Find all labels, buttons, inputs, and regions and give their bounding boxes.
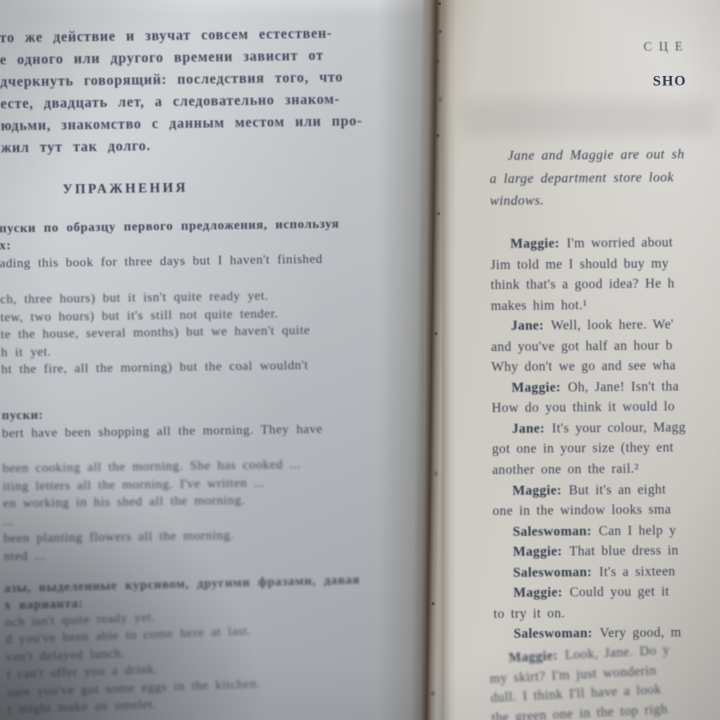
text-line: Saleswoman: It's a sixteen [493,561,687,583]
text-line: think that's a good idea? He h [491,273,685,295]
speaker-name: Maggie: [513,585,569,600]
text-line: Jane and Maggie are out sh [489,143,684,167]
text-line: makes him hot.¹ [491,294,685,316]
left-page: то же действие и звучат совсем естествен… [0,0,424,720]
text-line: Why don't we go and see wha [491,356,685,378]
dialogue-lines-bottom: Maggie: Look, Jane. Do ymy skirt? I'm ju… [488,640,673,720]
speaker-name: Maggie: [511,379,567,394]
right-page-text: СЦЕ SHO Jane and Maggie are out sha larg… [440,0,720,720]
speaker-name: Saleswoman: [513,523,599,539]
dialogue-title: SHO [653,73,687,90]
exercise1-items: ch, three hours) but it isn't quite read… [0,286,311,378]
text-line: to try it on. [493,602,687,624]
speaker-name: Maggie: [513,544,569,559]
exercise1-instruction: пуски по образцу первого предложения, ис… [0,216,340,255]
exercises-heading: УПРАЖНЕНИЯ [63,180,188,198]
text-line: Maggie: Oh, Jane! Isn't tha [491,376,685,398]
speaker-name: Saleswoman: [514,625,600,641]
text-line: another one on the rail.² [492,458,686,480]
speaker-name: Maggie: [508,647,565,665]
exercise2-items: been cooking all the morning. She has co… [2,455,302,565]
text-line: a large department store look [490,166,685,190]
text-line: жил тут так долго. [1,133,363,160]
speaker-name: Maggie: [510,235,566,250]
russian-paragraph: то же действие и звучат совсем естествен… [0,23,363,159]
speaker-name: Jane: [511,318,551,333]
left-page-text: то же действие и звучат совсем естествен… [0,0,430,720]
dialogue-lines: Maggie: I'm worried aboutJim told me I s… [490,232,687,645]
exercise3-items: nch isn't quite ready yet.d you've been … [5,604,262,717]
text-line: How do you think it would lo [492,397,686,419]
scene-intro: Jane and Maggie are out sha large depart… [489,143,685,212]
text-line: Maggie: Could you get it [493,582,687,604]
text-line: got one in your size (they ent [492,438,686,460]
text-line: and you've got half an hour b [491,335,685,357]
exercise2-example-line: bert have been shopping all the morning.… [2,421,323,441]
speaker-name: Saleswoman: [513,564,599,580]
exercise1-example-line: ading this book for three days but I hav… [0,251,323,272]
text-line: Saleswoman: Can I help y [493,520,687,542]
exercise2-instruction: пуски: [2,408,44,424]
text-line: Jane: It's your colour, Magg [492,417,686,439]
text-line: Jim told me I should buy my [490,253,684,275]
speaker-name: Jane: [512,420,552,435]
text-line: Maggie: That blue dress in [493,541,687,563]
speaker-name: Maggie: [512,482,568,497]
text-line: one in the window looks sma [492,499,686,521]
text-line: ht the fire, all the morning) but the co… [1,356,311,378]
text-line: windows. [490,189,685,213]
right-page: СЦЕ SHO Jane and Maggie are out sha larg… [442,0,720,720]
chapter-header: СЦЕ [643,39,689,54]
book-photo: то же действие и звучат совсем естествен… [0,0,720,720]
text-line: Maggie: But it's an eight [492,479,686,501]
text-line: Jane: Well, look here. We' [491,315,685,337]
text-line: Maggie: I'm worried about [490,232,684,254]
